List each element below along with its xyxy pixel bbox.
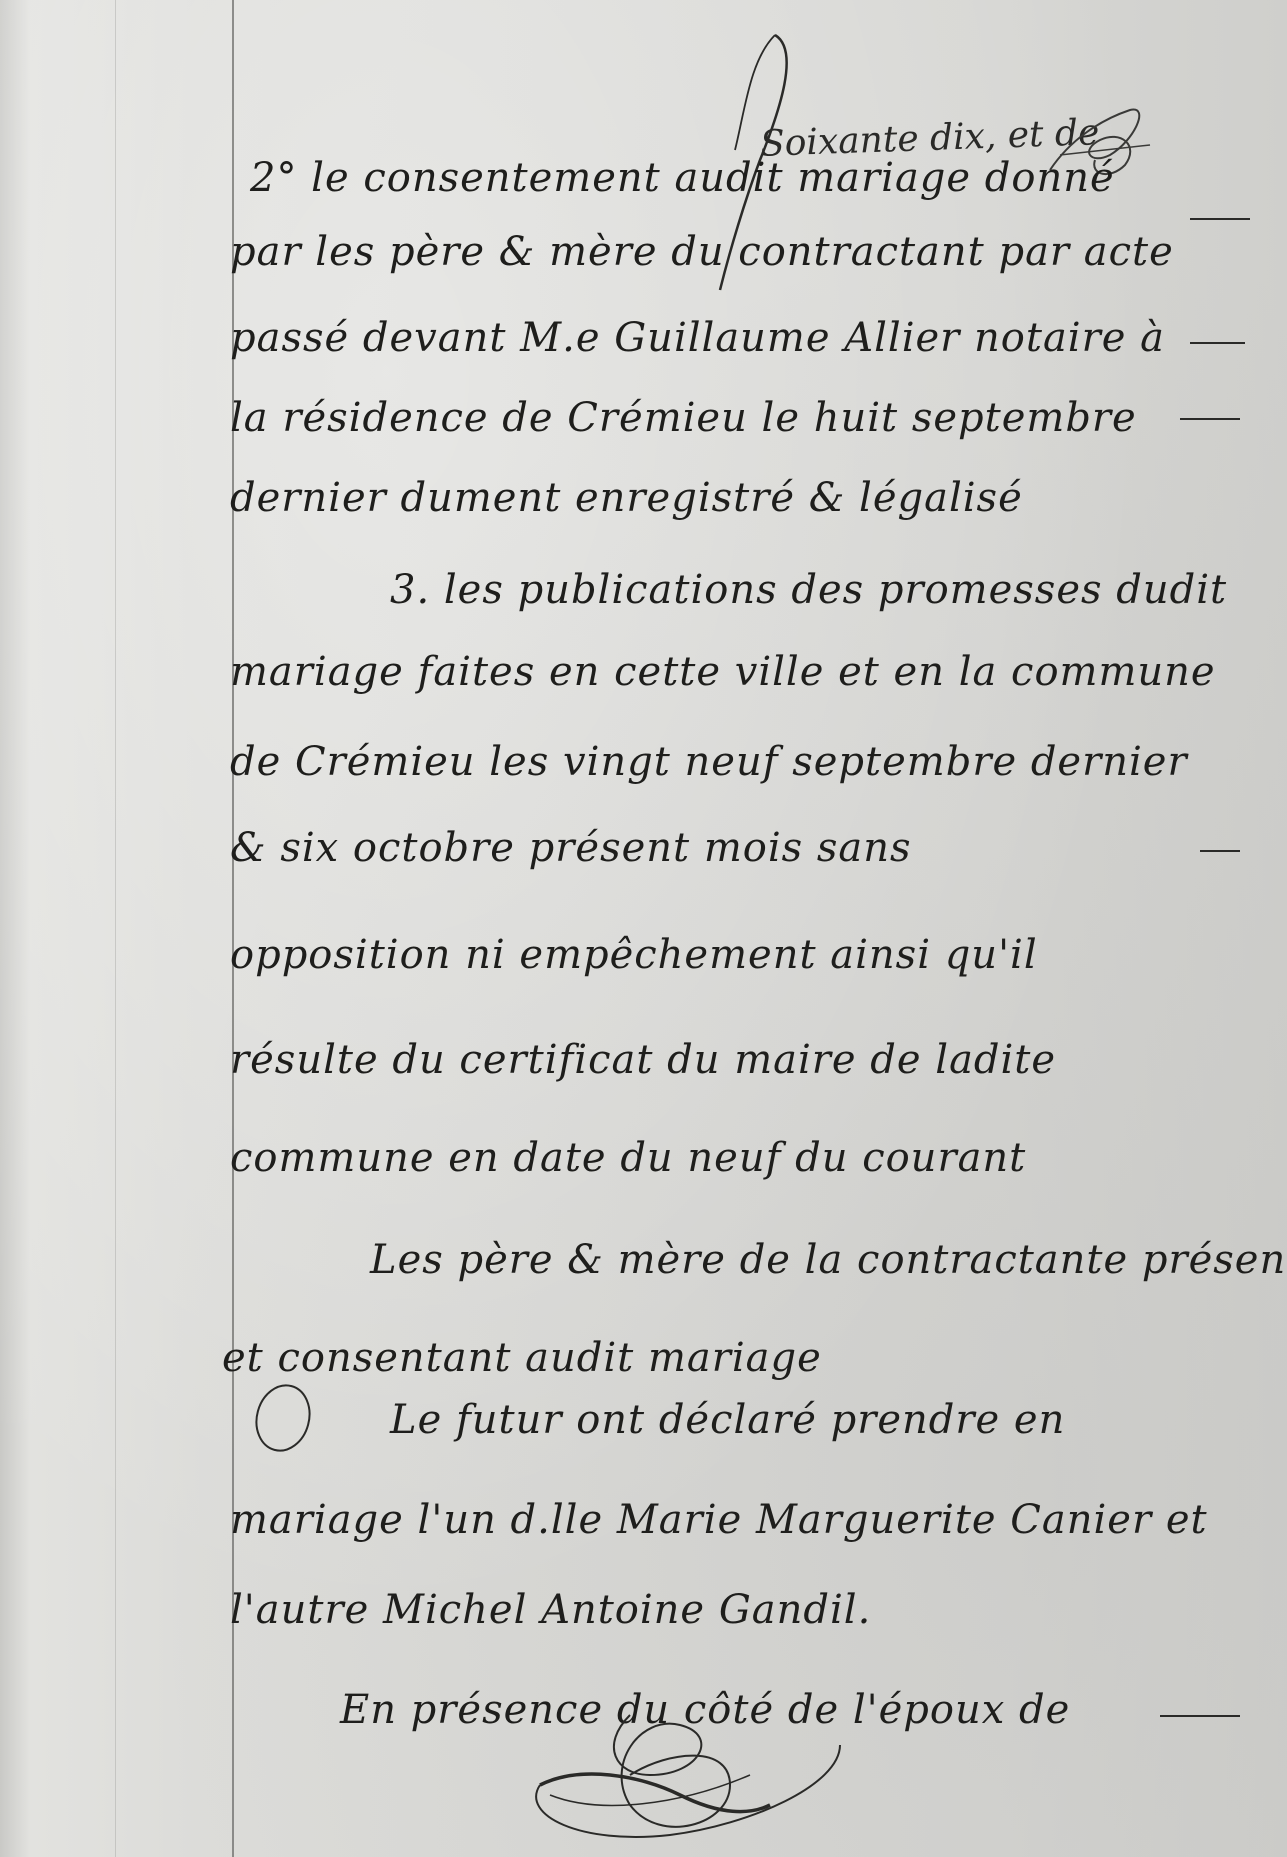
manuscript-line: l'autre Michel Antoine Gandil. [230,1590,871,1630]
manuscript-line: et consentant audit mariage [222,1338,822,1378]
manuscript-line: 2° le consentement audit mariage donné [250,158,1115,198]
paper-fold-line [115,0,116,1857]
ruled-margin-line [232,0,234,1857]
manuscript-line: mariage l'un d.lle Marie Marguerite Cani… [230,1500,1208,1540]
margin-loop-mark [248,1378,318,1458]
manuscript-line: de Crémieu les vingt neuf septembre dern… [230,742,1188,782]
line-filler-dash [1190,218,1250,220]
manuscript-line: 3. les publications des promesses dudit [390,570,1227,610]
manuscript-line: mariage faites en cette ville et en la c… [230,652,1216,692]
line-filler-dash [1190,342,1245,344]
manuscript-line: Le futur ont déclaré prendre en [390,1400,1065,1440]
manuscript-line: passé devant M.e Guillaume Allier notair… [230,318,1165,358]
closing-paraph-flourish [520,1705,900,1855]
manuscript-line: Les père & mère de la contractante prése… [370,1240,1287,1280]
manuscript-line: & six octobre présent mois sans [230,828,912,868]
manuscript-line: commune en date du neuf du courant [230,1138,1026,1178]
manuscript-line: opposition ni empêchement ainsi qu'il [230,935,1038,975]
line-filler-dash [1200,850,1240,852]
line-filler-dash [1180,418,1240,420]
manuscript-line: par les père & mère du contractant par a… [230,232,1174,272]
manuscript-line: la résidence de Crémieu le huit septembr… [230,398,1137,438]
manuscript-line: dernier dument enregistré & légalisé [230,478,1023,518]
manuscript-page: Soixante dix, et de 2° le consentement a… [0,0,1287,1857]
manuscript-line: résulte du certificat du maire de ladite [230,1040,1056,1080]
line-filler-dash [1160,1715,1240,1717]
